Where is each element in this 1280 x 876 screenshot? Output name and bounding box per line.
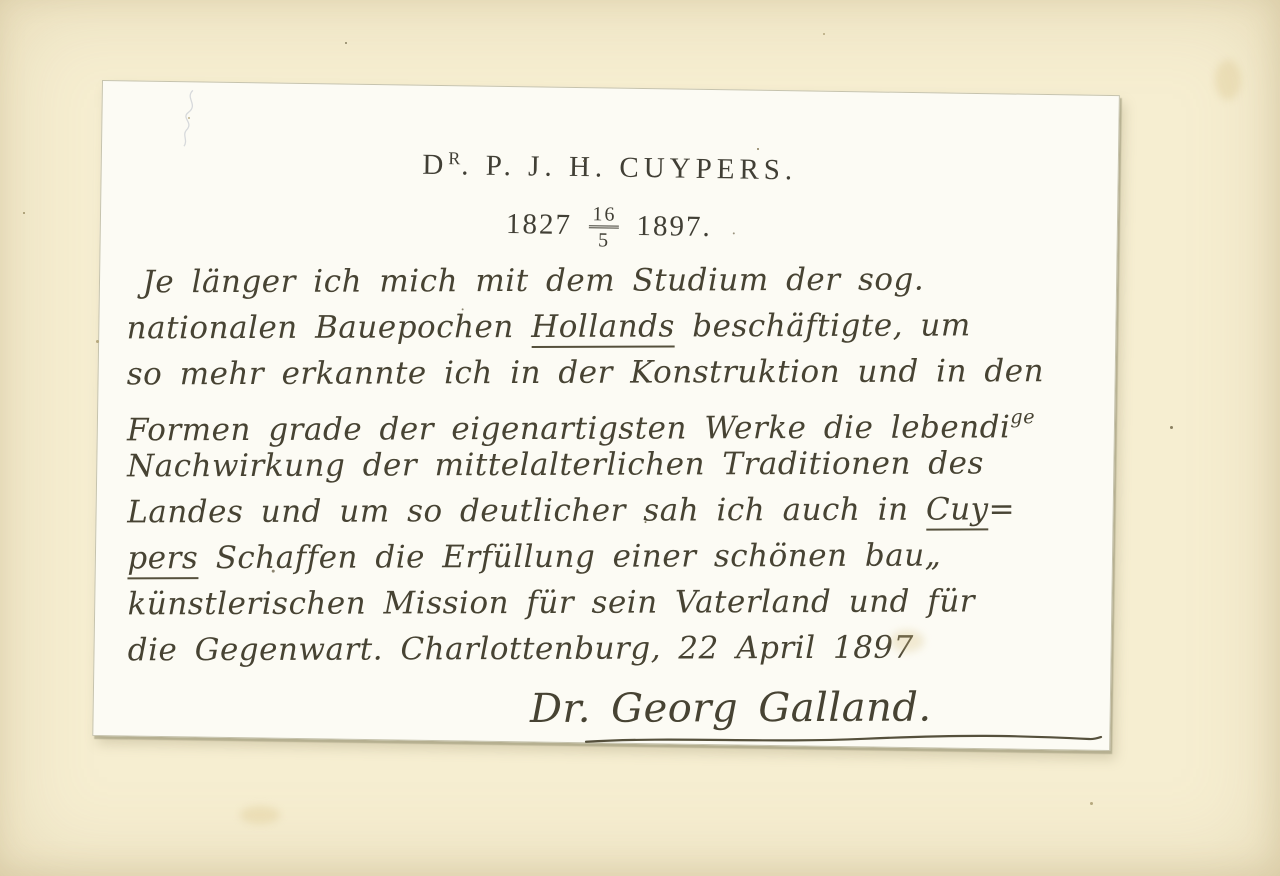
foxing-spot bbox=[23, 212, 25, 214]
line-text: beschäftigte, um bbox=[675, 307, 971, 344]
date-fraction-denominator: 5 bbox=[589, 228, 619, 250]
underlined-word-hollands: Hollands bbox=[531, 308, 675, 348]
death-year: 1897. bbox=[636, 210, 712, 243]
speck bbox=[644, 521, 646, 523]
speck bbox=[733, 232, 735, 234]
autograph-card: DR. P. J. H. CUYPERS. 1827 16 5 1897. Je… bbox=[92, 80, 1120, 751]
foxing-spot bbox=[1090, 802, 1093, 805]
printed-name-header: DR. P. J. H. CUYPERS. bbox=[102, 143, 1118, 192]
speck bbox=[462, 308, 464, 310]
signature-underline-flourish bbox=[584, 732, 1104, 746]
age-stain bbox=[890, 630, 924, 652]
foxing-spot bbox=[96, 340, 99, 343]
line-text: die Gegenwart. Charlottenburg, 22 April … bbox=[128, 630, 914, 669]
handwritten-line-4: Formen grade der eigenartigsten Werke di… bbox=[127, 394, 1095, 443]
header-doctor-r: R bbox=[448, 148, 461, 168]
foxing-spot bbox=[345, 42, 347, 44]
handwritten-line-9: die Gegenwart. Charlottenburg, 22 April … bbox=[128, 624, 1096, 673]
header-name-rest: . P. J. H. CUYPERS. bbox=[461, 149, 797, 186]
foxing-spot bbox=[757, 148, 759, 150]
line-text: Nachwirkung der mittelalterlichen Tradit… bbox=[127, 445, 984, 484]
handwritten-line-7: pers Schaffen die Erfüllung einer schöne… bbox=[127, 532, 1095, 581]
line-text: künstlerischen Mission für sein Vaterlan… bbox=[127, 583, 975, 622]
printed-dates-line: 1827 16 5 1897. bbox=[101, 197, 1118, 258]
underlined-word-pers: pers bbox=[127, 540, 198, 579]
birth-year: 1827 bbox=[506, 208, 572, 241]
foxing-spot bbox=[188, 117, 190, 119]
foxing-spot bbox=[583, 160, 585, 162]
handwritten-line-3: so mehr erkannte ich in der Konstruktion… bbox=[127, 348, 1095, 397]
line-text: nationalen Bauepochen bbox=[127, 309, 532, 346]
superscript-ge: ge bbox=[1010, 405, 1035, 428]
handwritten-line-2: nationalen Bauepochen Hollands beschäfti… bbox=[127, 302, 1095, 351]
age-stain bbox=[240, 806, 280, 824]
line-text: Je länger ich mich mit dem Studium der s… bbox=[142, 262, 924, 301]
line-text: so mehr erkannte ich in der Konstruktion… bbox=[127, 353, 1044, 392]
foxing-spot bbox=[823, 33, 825, 35]
foxing-spot bbox=[1170, 426, 1173, 429]
album-page: DR. P. J. H. CUYPERS. 1827 16 5 1897. Je… bbox=[0, 0, 1280, 876]
signature-text: Dr. Georg Galland. bbox=[530, 685, 932, 732]
underlined-word-cuy: Cuy bbox=[926, 491, 989, 530]
age-stain bbox=[1215, 60, 1241, 100]
date-fraction: 16 5 bbox=[589, 204, 620, 250]
handwritten-line-5: Nachwirkung der mittelalterlichen Tradit… bbox=[127, 440, 1095, 489]
handwritten-line-6: Landes und um so deutlicher sah ich auch… bbox=[127, 486, 1095, 535]
speck bbox=[272, 570, 275, 573]
handwritten-line-8: künstlerischen Mission für sein Vaterlan… bbox=[127, 578, 1095, 627]
header-doctor-d: D bbox=[422, 149, 448, 181]
line-text: Landes und um so deutlicher sah ich auch… bbox=[127, 492, 926, 531]
signature-row: Dr. Georg Galland. bbox=[530, 678, 1096, 742]
date-fraction-numerator: 16 bbox=[589, 204, 619, 228]
line-text: = bbox=[989, 491, 1016, 527]
line-text: Schaffen die Erfüllung einer schönen bau… bbox=[198, 538, 941, 577]
handwritten-text-block: Je länger ich mich mit dem Studium der s… bbox=[126, 256, 1096, 743]
handwritten-line-1: Je länger ich mich mit dem Studium der s… bbox=[142, 256, 1094, 305]
